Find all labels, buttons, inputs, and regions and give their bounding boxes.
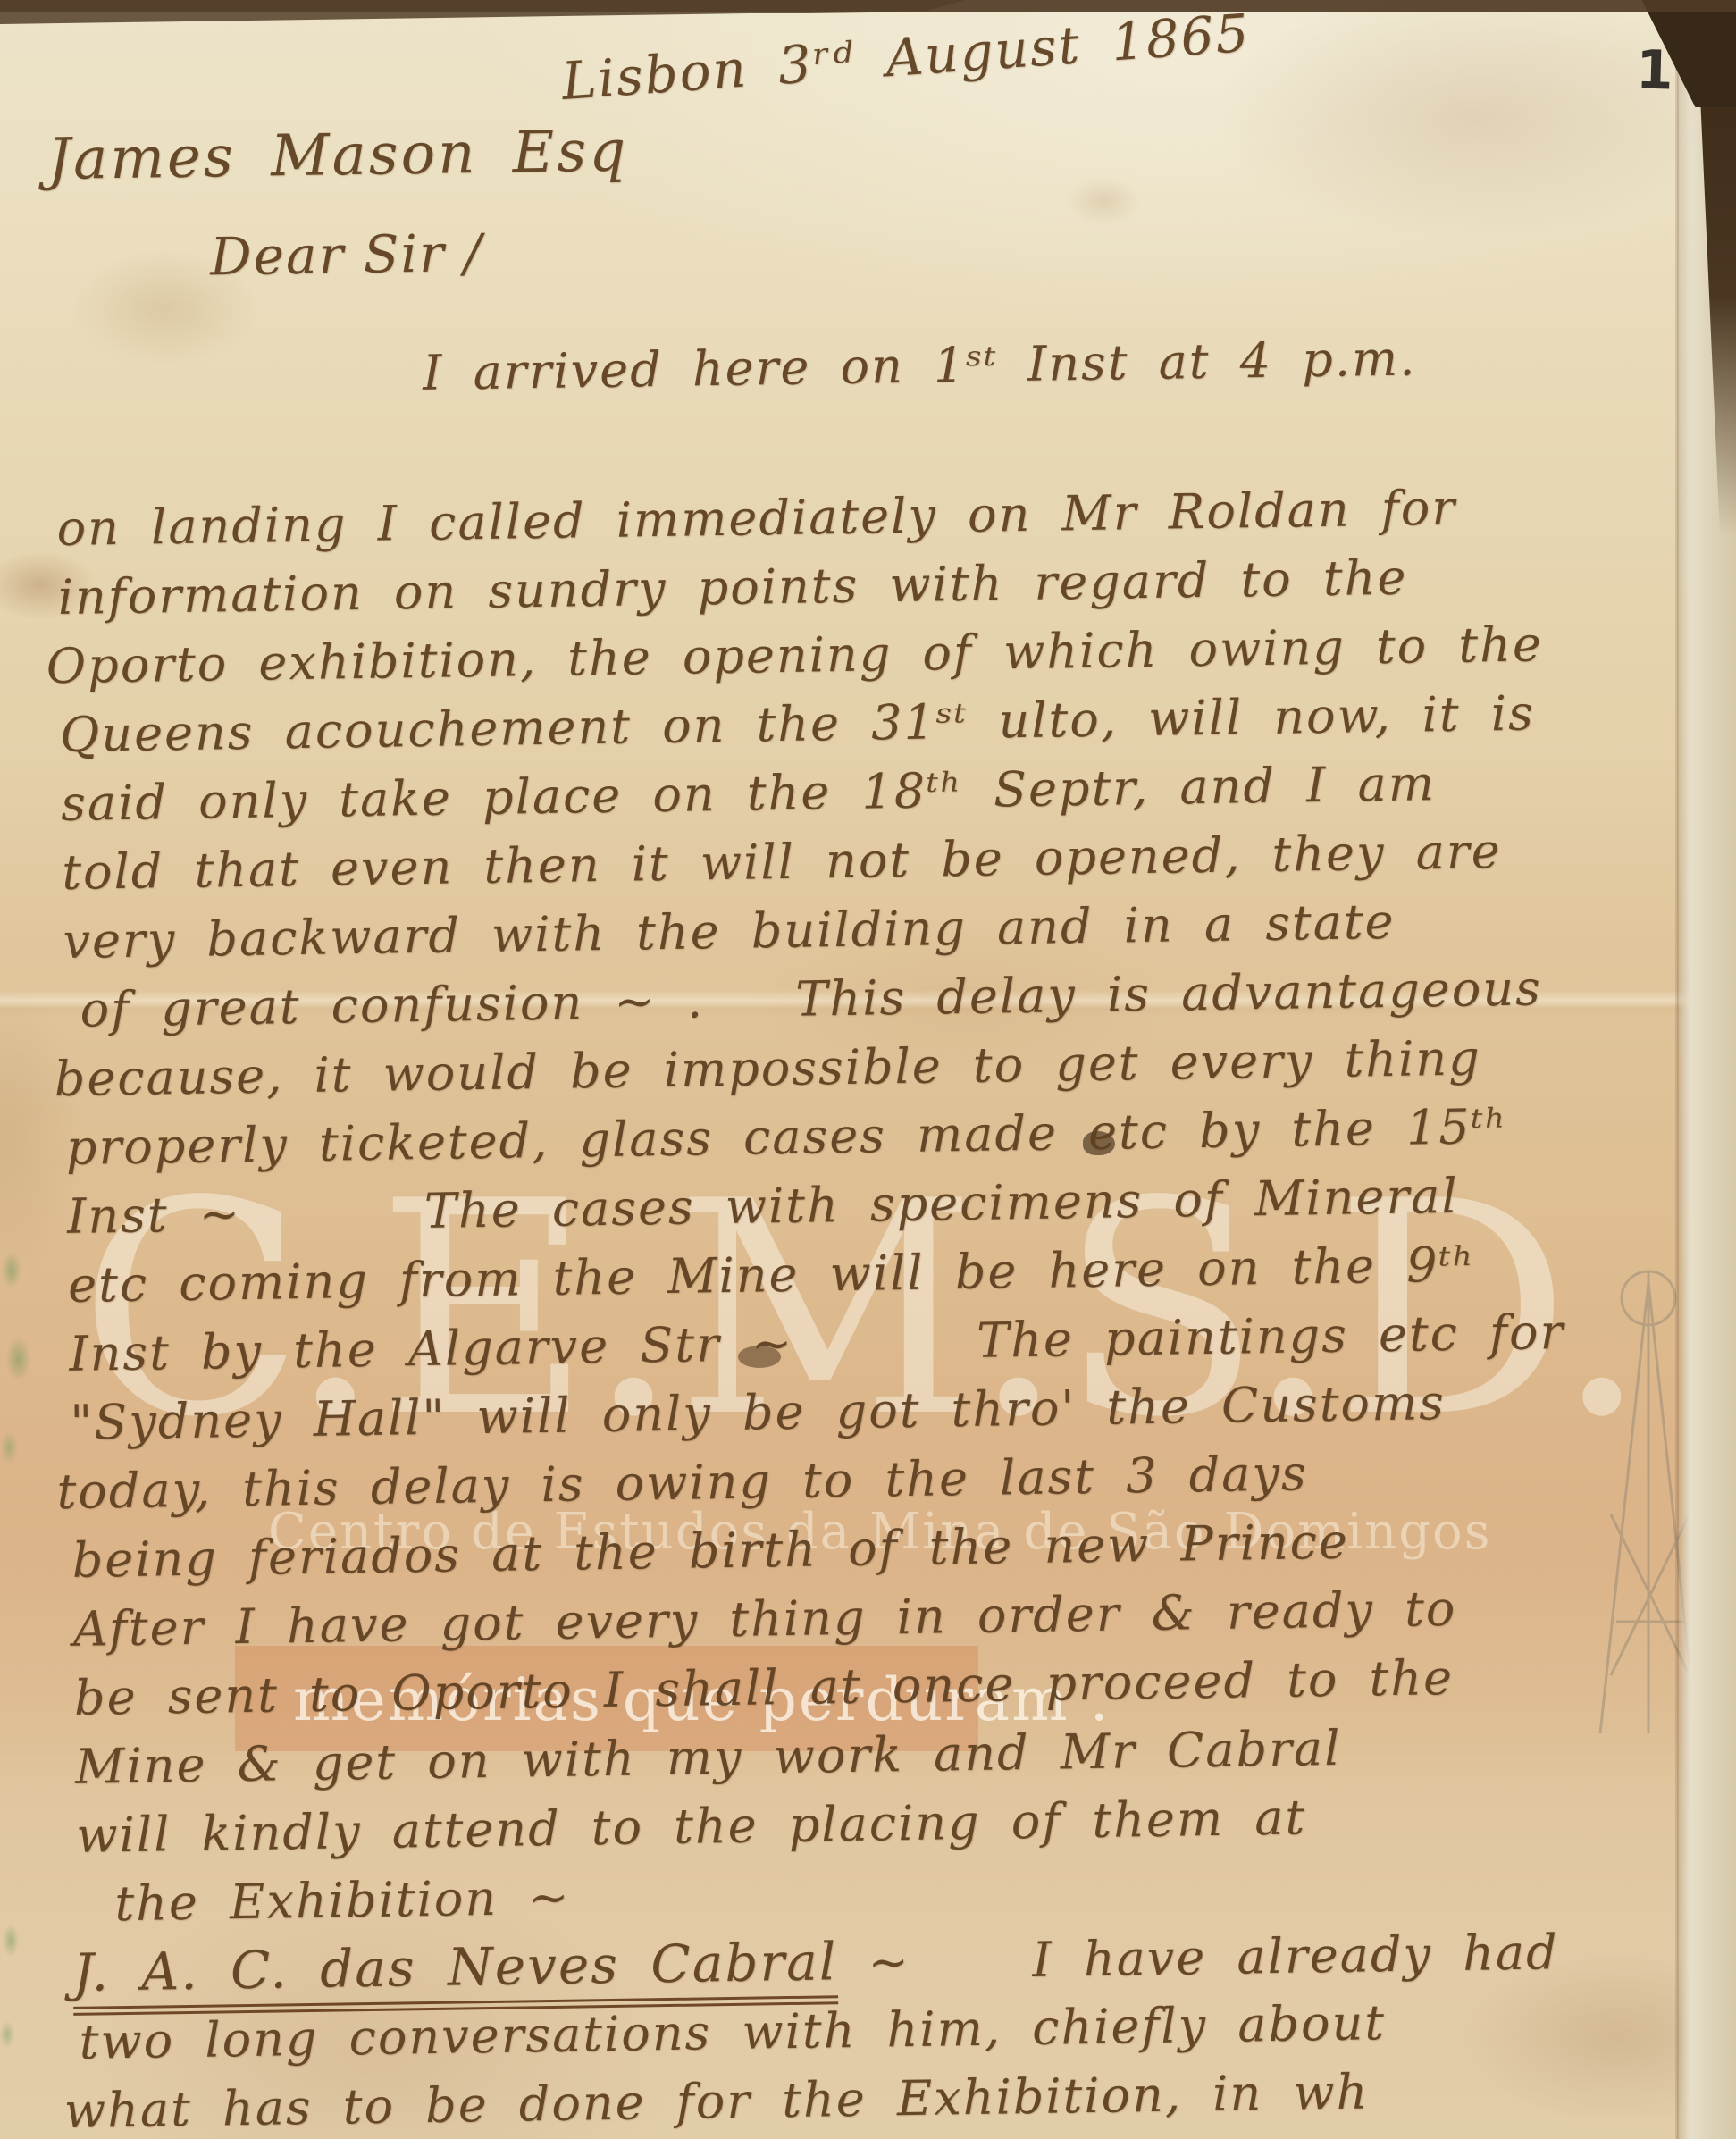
letter-recipient: James Mason Esq <box>47 118 629 193</box>
letter-body: on landing I called immediately on Mr Ro… <box>29 469 1736 2139</box>
letter-opening-line: I arrived here on 1ˢᵗ Inst at 4 p.m. <box>423 330 1417 400</box>
letter-dateline: Lisbon 3ʳᵈ August 1865 <box>559 3 1252 112</box>
letter-page: C.E.M.S.D. Centro de Estudos da Mina de … <box>0 0 1736 2139</box>
letter-salutation: Dear Sir / <box>210 222 484 288</box>
leaf-watermark-icon <box>0 1903 30 2091</box>
line-continuation: ~ I have already had <box>837 1924 1559 1991</box>
handwritten-letter: Lisbon 3ʳᵈ August 1865 James Mason Esq D… <box>0 0 1736 2139</box>
